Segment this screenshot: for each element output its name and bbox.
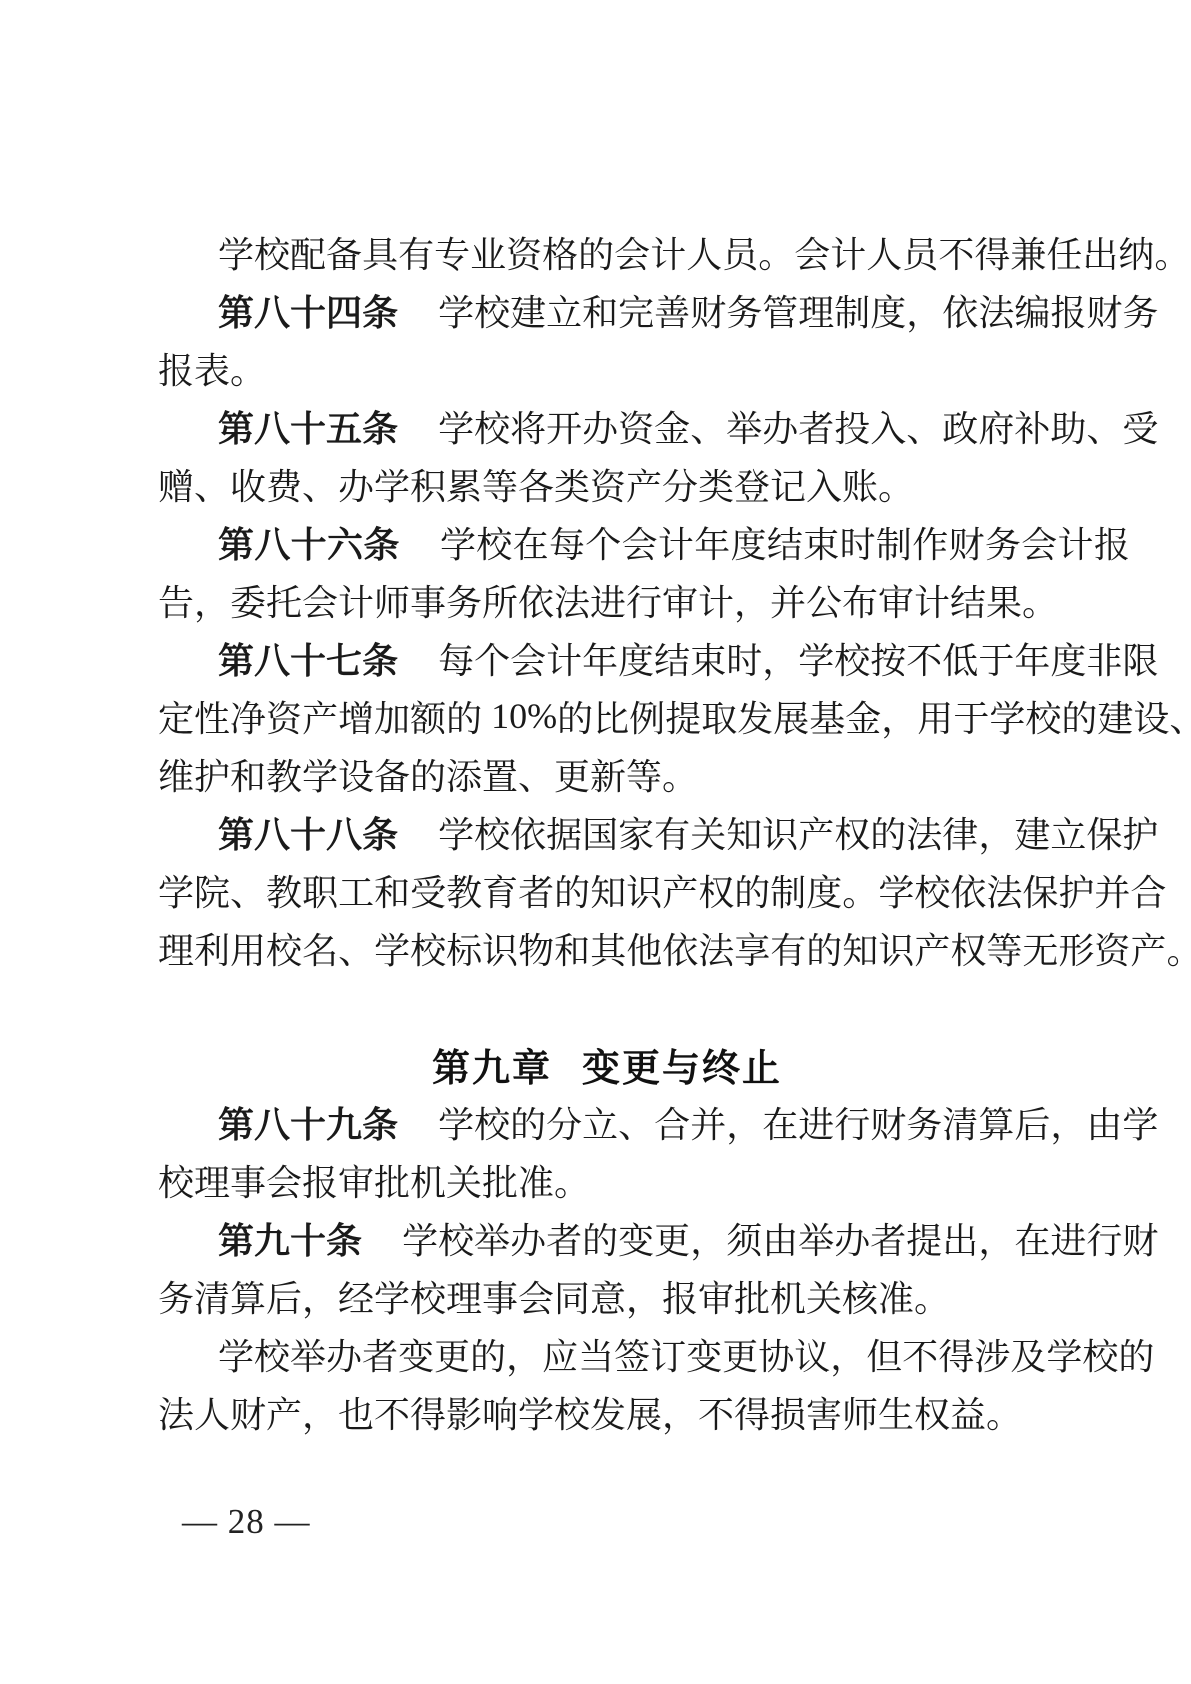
glyph: 校 <box>914 865 950 916</box>
glyph: 变 <box>686 1329 722 1380</box>
glyph: 第 <box>218 807 254 858</box>
glyph: 者 <box>518 865 554 916</box>
glyph: 制 <box>770 865 806 916</box>
glyph: 时 <box>726 633 762 684</box>
glyph: 条 <box>362 401 398 452</box>
glyph: 有 <box>398 227 434 278</box>
glyph: 八 <box>254 285 290 336</box>
text-line: 学校配备具有专业资格的会计人员。会计人员不得兼任出纳。 <box>158 223 1130 281</box>
glyph: 享 <box>734 923 770 974</box>
glyph: 个 <box>585 517 621 568</box>
glyph: 第 <box>218 285 254 336</box>
page-number: — 28 — <box>182 1493 311 1551</box>
glyph: 师 <box>842 1387 878 1438</box>
glyph: 审 <box>338 1155 374 1206</box>
glyph: 等 <box>482 459 518 510</box>
glyph: 经 <box>338 1271 374 1322</box>
glyph: 基 <box>809 691 845 742</box>
glyph: 置 <box>482 749 518 800</box>
glyph: 、 <box>518 749 554 800</box>
glyph: 产 <box>1130 923 1166 974</box>
glyph: 十 <box>291 517 327 568</box>
glyph: 的 <box>870 807 906 858</box>
glyph: 条 <box>362 633 398 684</box>
glyph: 的 <box>1118 1329 1154 1380</box>
glyph: 第 <box>218 517 254 568</box>
chapter-title: 变更与终止 <box>582 1037 782 1092</box>
glyph: 学 <box>989 691 1025 742</box>
glyph: ， <box>506 1329 542 1380</box>
glyph: 发 <box>737 691 773 742</box>
glyph: 更 <box>434 1329 470 1380</box>
glyph: 立 <box>1050 807 1086 858</box>
glyph: 机 <box>770 1271 806 1322</box>
glyph: 增 <box>338 691 374 742</box>
glyph: 变 <box>398 1329 434 1380</box>
glyph: 的 <box>446 691 482 742</box>
glyph: 办 <box>326 1329 362 1380</box>
glyph: 审 <box>698 1271 734 1322</box>
glyph: 理 <box>158 923 194 974</box>
glyph: 等 <box>986 923 1022 974</box>
glyph: 资 <box>506 227 542 278</box>
glyph: 报 <box>158 343 194 394</box>
chapter-heading: 第九章 变更与终止 <box>158 1035 1130 1093</box>
glyph: 取 <box>701 691 737 742</box>
text-line: 第八十七条每个会计年度结束时，学校按不低于年度非限 <box>158 629 1130 687</box>
glyph: 学 <box>374 459 410 510</box>
text-line: 学院、教职工和受教育者的知识产权的制度。学校依法保护并合 <box>158 861 1130 919</box>
glyph: 分 <box>662 459 698 510</box>
glyph: 例 <box>629 691 665 742</box>
glyph: 会 <box>302 575 338 626</box>
glyph: 备 <box>326 227 362 278</box>
glyph: 四 <box>326 285 362 336</box>
glyph: 计 <box>650 227 686 278</box>
glyph: 束 <box>690 633 726 684</box>
glyph: 算 <box>230 1271 266 1322</box>
glyph: 比 <box>593 691 629 742</box>
glyph: 计 <box>830 227 866 278</box>
glyph: 务 <box>158 1271 194 1322</box>
glyph: 报 <box>1050 285 1086 336</box>
glyph: 合 <box>1130 865 1166 916</box>
glyph: 专 <box>434 227 470 278</box>
glyph: 关 <box>690 807 726 858</box>
glyph: 所 <box>482 575 518 626</box>
glyph: 知 <box>842 923 878 974</box>
text-line: 第八十六条学校在每个会计年度结束时制作财务会计报 <box>158 513 1130 571</box>
glyph: 。 <box>1154 227 1190 278</box>
glyph: 七 <box>326 633 362 684</box>
glyph: 育 <box>482 865 518 916</box>
glyph: 举 <box>290 1329 326 1380</box>
glyph: 的 <box>806 923 842 974</box>
glyph: 。 <box>230 343 266 394</box>
glyph: 校 <box>554 1387 590 1438</box>
glyph: 务 <box>985 517 1021 568</box>
glyph: ， <box>978 1213 1014 1264</box>
glyph: 机 <box>410 1155 446 1206</box>
glyph: 批 <box>374 1155 410 1206</box>
glyph: 、 <box>194 459 230 510</box>
glyph: 类 <box>554 459 590 510</box>
glyph: 和 <box>582 285 618 336</box>
glyph: 年 <box>694 517 730 568</box>
glyph: 账 <box>842 459 878 510</box>
glyph: 合 <box>654 1097 690 1148</box>
text-line: 告，委托会计师事务所依法进行审计，并公布审计结果。 <box>158 571 1130 629</box>
glyph: 法 <box>986 865 1022 916</box>
glyph: 。 <box>758 227 794 278</box>
glyph: 计 <box>338 575 374 626</box>
glyph: 理 <box>798 285 834 336</box>
glyph: ， <box>978 807 1014 858</box>
glyph: 在 <box>513 517 549 568</box>
glyph: 学 <box>518 1387 554 1438</box>
glyph: 。 <box>842 865 878 916</box>
glyph: ， <box>830 1329 866 1380</box>
glyph: 学 <box>218 227 254 278</box>
glyph: 权 <box>698 865 734 916</box>
glyph: 依 <box>510 807 546 858</box>
glyph: 学 <box>438 401 474 452</box>
glyph: 后 <box>266 1271 302 1322</box>
glyph: 清 <box>194 1271 230 1322</box>
glyph: 。 <box>1166 923 1191 974</box>
glyph: 法 <box>158 1387 194 1438</box>
glyph: 纳 <box>1118 227 1154 278</box>
glyph: 准 <box>518 1155 554 1206</box>
glyph: 非 <box>1086 633 1122 684</box>
glyph: 名 <box>302 923 338 974</box>
glyph: 入 <box>806 459 842 510</box>
glyph: 公 <box>806 575 842 626</box>
document-body: 学校配备具有专业资格的会计人员。会计人员不得兼任出纳。第八十四条学校建立和完善财… <box>158 223 1130 1441</box>
glyph: 九 <box>254 1213 290 1264</box>
glyph: 政 <box>942 401 978 452</box>
glyph: 不 <box>374 1387 410 1438</box>
glyph: 的 <box>410 749 446 800</box>
glyph: 识 <box>626 865 662 916</box>
glyph: 。 <box>878 459 914 510</box>
glyph: 理 <box>446 1271 482 1322</box>
glyph: 八 <box>254 633 290 684</box>
glyph: 十 <box>290 401 326 452</box>
glyph: 院 <box>194 865 230 916</box>
text-block-lower: 第八十九条学校的分立、合并，在进行财务清算后，由学校理事会报审批机关批准。第九十… <box>158 1093 1130 1441</box>
glyph: 积 <box>410 459 446 510</box>
glyph: 师 <box>374 575 410 626</box>
glyph: 法 <box>698 923 734 974</box>
glyph: 果 <box>986 575 1022 626</box>
glyph: 事 <box>230 1155 266 1206</box>
glyph: 、 <box>338 923 374 974</box>
glyph: ， <box>906 285 942 336</box>
glyph: 表 <box>194 343 230 394</box>
glyph: 产 <box>626 459 662 510</box>
glyph: 行 <box>1086 1213 1122 1264</box>
glyph: 学 <box>374 923 410 974</box>
glyph: 报 <box>662 1271 698 1322</box>
glyph: 八 <box>254 401 290 452</box>
glyph: 立 <box>582 1097 618 1148</box>
glyph: 得 <box>974 227 1010 278</box>
glyph: 建 <box>1097 691 1133 742</box>
glyph: 不 <box>698 1387 734 1438</box>
glyph: 年 <box>1014 633 1050 684</box>
glyph: 国 <box>582 807 618 858</box>
glyph: 于 <box>978 633 1014 684</box>
glyph: ， <box>662 1387 698 1438</box>
glyph: 10% <box>482 695 557 737</box>
glyph: 告 <box>158 575 194 626</box>
glyph: 学 <box>158 865 194 916</box>
glyph: 年 <box>582 633 618 684</box>
glyph: 他 <box>626 923 662 974</box>
glyph: 学 <box>798 633 834 684</box>
glyph: 计 <box>914 575 950 626</box>
glyph: 会 <box>518 1271 554 1322</box>
glyph: 标 <box>446 923 482 974</box>
glyph: 批 <box>734 1271 770 1322</box>
glyph: 第 <box>218 1097 254 1148</box>
chapter-number: 第九章 <box>432 1037 552 1092</box>
glyph: ， <box>734 575 770 626</box>
glyph: 八 <box>254 517 290 568</box>
glyph: 据 <box>546 807 582 858</box>
glyph: 配 <box>290 227 326 278</box>
glyph: 人 <box>866 227 902 278</box>
glyph: 者 <box>362 1329 398 1380</box>
glyph: 员 <box>722 227 758 278</box>
text-line: 校理事会报审批机关批准。 <box>158 1151 1130 1209</box>
glyph: 兼 <box>1010 227 1046 278</box>
glyph: 职 <box>302 865 338 916</box>
glyph: 行 <box>834 1097 870 1148</box>
glyph: 业 <box>470 227 506 278</box>
glyph: 度 <box>1050 633 1086 684</box>
glyph: 净 <box>230 691 266 742</box>
glyph: 法 <box>554 575 590 626</box>
glyph: 八 <box>326 807 362 858</box>
glyph: 签 <box>614 1329 650 1380</box>
glyph: 知 <box>590 865 626 916</box>
glyph: 财 <box>1122 1213 1158 1264</box>
glyph: 依 <box>950 865 986 916</box>
glyph: 由 <box>762 1213 798 1264</box>
glyph: 学 <box>438 285 474 336</box>
glyph: 条 <box>362 1097 398 1148</box>
glyph: 校 <box>1025 691 1061 742</box>
text-block-upper: 学校配备具有专业资格的会计人员。会计人员不得兼任出纳。第八十四条学校建立和完善财… <box>158 223 1130 977</box>
glyph: 益 <box>950 1387 986 1438</box>
glyph: 形 <box>1058 923 1094 974</box>
glyph: 新 <box>590 749 626 800</box>
glyph: 也 <box>338 1387 374 1438</box>
glyph: 影 <box>446 1387 482 1438</box>
glyph: 度 <box>618 633 654 684</box>
text-line: 定性净资产增加额的 10%的比例提取发展基金，用于学校的建设、 <box>158 687 1130 745</box>
glyph: 学 <box>438 1097 474 1148</box>
glyph: 财 <box>230 1387 266 1438</box>
glyph: 应 <box>542 1329 578 1380</box>
glyph: 举 <box>726 401 762 452</box>
glyph: 资 <box>590 459 626 510</box>
glyph: 的 <box>554 865 590 916</box>
glyph: 涉 <box>974 1329 1010 1380</box>
glyph: 校 <box>474 401 510 452</box>
glyph: 准 <box>878 1271 914 1322</box>
glyph: 。 <box>662 749 698 800</box>
glyph: 订 <box>650 1329 686 1380</box>
glyph: 学 <box>438 807 474 858</box>
glyph: 度 <box>870 285 906 336</box>
glyph: 财 <box>949 517 985 568</box>
text-line: 赠、收费、办学积累等各类资产分类登记入账。 <box>158 455 1130 513</box>
glyph: 建 <box>1014 807 1050 858</box>
glyph: 工 <box>338 865 374 916</box>
text-line: 第八十四条学校建立和完善财务管理制度，依法编报财务 <box>158 281 1130 339</box>
glyph: 法 <box>906 807 942 858</box>
glyph: 结 <box>950 575 986 626</box>
glyph: 更 <box>554 749 590 800</box>
glyph: 法 <box>978 285 1014 336</box>
glyph: 八 <box>254 1097 290 1148</box>
glyph: 立 <box>546 285 582 336</box>
glyph: 教 <box>266 749 302 800</box>
glyph: 。 <box>914 1271 950 1322</box>
glyph: 须 <box>726 1213 762 1264</box>
glyph: 和 <box>230 749 266 800</box>
glyph: 及 <box>1010 1329 1046 1380</box>
glyph: 的 <box>1061 691 1097 742</box>
glyph: 六 <box>327 517 363 568</box>
glyph: 审 <box>662 575 698 626</box>
glyph: 助 <box>1050 401 1086 452</box>
glyph: 损 <box>770 1387 806 1438</box>
glyph: 设 <box>1133 691 1169 742</box>
glyph: 作 <box>912 517 948 568</box>
glyph: 识 <box>762 807 798 858</box>
glyph: 托 <box>266 575 302 626</box>
glyph: 报 <box>302 1155 338 1206</box>
glyph: 束 <box>803 517 839 568</box>
glyph: 有 <box>654 807 690 858</box>
text-line: 务清算后，经学校理事会同意，报审批机关核准。 <box>158 1267 1130 1325</box>
glyph: 校 <box>158 1155 194 1206</box>
glyph: 产 <box>266 1387 302 1438</box>
glyph: 财 <box>1086 285 1122 336</box>
glyph: 和 <box>554 923 590 974</box>
glyph: 学 <box>1046 1329 1082 1380</box>
glyph: ， <box>1050 1097 1086 1148</box>
glyph: 十 <box>290 1097 326 1148</box>
glyph: 护 <box>194 749 230 800</box>
glyph: 更 <box>654 1213 690 1264</box>
glyph: 、 <box>906 401 942 452</box>
glyph: 按 <box>870 633 906 684</box>
glyph: 管 <box>762 285 798 336</box>
glyph: 累 <box>446 459 482 510</box>
glyph: 的 <box>734 865 770 916</box>
glyph: 后 <box>1014 1097 1050 1148</box>
page-number-text: — 28 — <box>182 1502 311 1542</box>
glyph: 八 <box>254 807 290 858</box>
glyph: 第 <box>218 401 254 452</box>
glyph: 报 <box>1094 517 1130 568</box>
glyph: 者 <box>870 1213 906 1264</box>
glyph: 护 <box>1058 865 1094 916</box>
glyph: 记 <box>770 459 806 510</box>
glyph: 员 <box>902 227 938 278</box>
glyph: 会 <box>614 227 650 278</box>
glyph: 金 <box>845 691 881 742</box>
glyph: 添 <box>446 749 482 800</box>
glyph: 产 <box>798 807 834 858</box>
glyph: 办 <box>834 1213 870 1264</box>
glyph: 进 <box>590 575 626 626</box>
text-line: 第九十条学校举办者的变更，须由举办者提出，在进行财 <box>158 1209 1130 1267</box>
glyph: 类 <box>698 459 734 510</box>
glyph: 律 <box>942 807 978 858</box>
glyph: 生 <box>878 1387 914 1438</box>
glyph: 识 <box>878 923 914 974</box>
glyph: ， <box>726 1097 762 1148</box>
text-line: 第八十八条学校依据国家有关知识产权的法律，建立保护 <box>158 803 1130 861</box>
glyph: 任 <box>1046 227 1082 278</box>
glyph: 额 <box>410 691 446 742</box>
glyph: ， <box>302 1387 338 1438</box>
glyph: 条 <box>363 517 399 568</box>
glyph: 十 <box>290 285 326 336</box>
glyph: 的 <box>582 1213 618 1264</box>
glyph: ， <box>626 1271 662 1322</box>
glyph: 计 <box>658 517 694 568</box>
glyph: 保 <box>1022 865 1058 916</box>
glyph: 出 <box>1082 227 1118 278</box>
glyph: 教 <box>266 865 302 916</box>
glyph: 协 <box>758 1329 794 1380</box>
glyph: 识 <box>482 923 518 974</box>
glyph: 和 <box>374 865 410 916</box>
glyph: 财 <box>690 285 726 336</box>
glyph: 批 <box>482 1155 518 1206</box>
glyph: 学 <box>218 1329 254 1380</box>
glyph: 建 <box>510 285 546 336</box>
glyph: 出 <box>942 1213 978 1264</box>
glyph: 登 <box>734 459 770 510</box>
glyph: 变 <box>618 1213 654 1264</box>
glyph: 产 <box>914 923 950 974</box>
glyph: 每 <box>549 517 585 568</box>
glyph: 制 <box>834 285 870 336</box>
glyph: 进 <box>1050 1213 1086 1264</box>
glyph: 度 <box>806 865 842 916</box>
glyph: 编 <box>1014 285 1050 336</box>
glyph: 各 <box>518 459 554 510</box>
glyph: 用 <box>230 923 266 974</box>
glyph: 护 <box>1122 807 1158 858</box>
glyph: 知 <box>726 807 762 858</box>
glyph: ， <box>762 633 798 684</box>
glyph: 权 <box>834 807 870 858</box>
glyph: 校 <box>266 923 302 974</box>
glyph: 展 <box>626 1387 662 1438</box>
glyph: 办 <box>762 401 798 452</box>
glyph: 、 <box>690 401 726 452</box>
glyph: 但 <box>866 1329 902 1380</box>
